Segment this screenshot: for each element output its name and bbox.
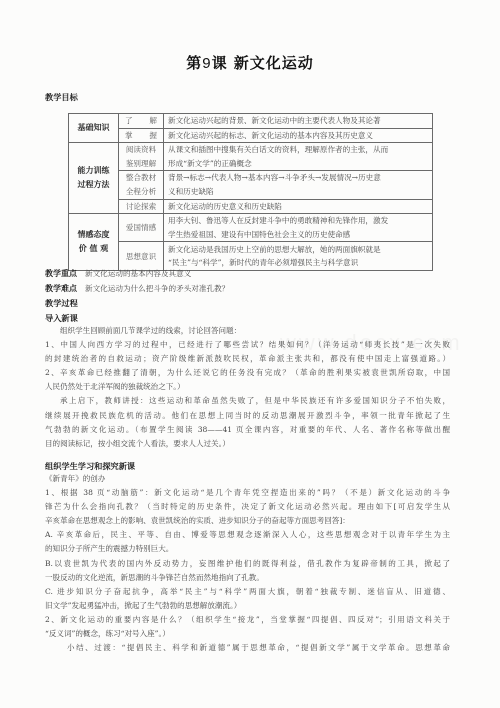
text-line: 2、辛亥革命已经推翻了清朝，为什么还说它的任务没有完成？（革命的胜利果实被袁世凯…: [45, 366, 450, 380]
desc-line: “民主”与“科学”，新时代的青年必须增强民主与科学意识: [168, 256, 428, 270]
explore-paragraphs: 《新青年》的创办 1、根据 38 页“动脑筋”：新文化运动“是几个青年凭空捏造出…: [45, 472, 450, 655]
section-heading-process: 教学过程: [45, 298, 78, 309]
desc-reading: 从课文和插图中搜集有关白话文的资料，理解原作者的主张，从而 形成“新文学”的正确…: [164, 143, 433, 171]
table-row: 基础知识 了 解 新文化运动兴起的背景、新文化运动中的主要代表人物及其论著: [69, 114, 433, 129]
desc-line: 背景→标志→代表人物→基本内容→斗争矛头→发展情况→历史意: [168, 171, 428, 185]
difficult-point: 教学难点新文化运动为什么把斗争的矛头对准孔教？: [45, 283, 229, 294]
lesson-number: 9: [202, 55, 211, 72]
watermark: www.docx.com: [280, 330, 463, 356]
desc-patriotism: 用李大钊、鲁迅等人在反封建斗争中的勇敢精神和先锋作用，激发 学生热爱祖国、建设有…: [164, 214, 433, 242]
category-basic-knowledge: 基础知识: [69, 114, 119, 143]
text-line: 气勃勃的新文化运动。（布置学生阅读 38——41 页全课内容，对重要的年代、人名…: [45, 423, 450, 437]
text-line: 一股反动的文化逆流，新思潮的斗争锋芒自然而然地指向了孔教。: [45, 571, 450, 585]
text-line: 辛亥革命在思想观念上的影响、袁世凯统治的实质、进步知识分子的奋起等方面思考回答]…: [45, 514, 450, 528]
text-line: 旧文学”发起勇猛冲击，掀起了生气勃勃的思想解放潮流。）: [45, 599, 450, 613]
category-line: 价 值 观: [73, 242, 114, 256]
section-heading-objectives: 教学目标: [45, 92, 78, 103]
key-point: 教学重点新文化运动的基本内容及其意义: [45, 268, 191, 279]
section-heading-intro: 导入新课: [45, 313, 78, 324]
sub-line: 鉴别理解: [121, 157, 161, 171]
desc-line: 学生热爱祖国、建设有中国特色社会主义的历史使命感: [168, 228, 428, 242]
desc-ideology: 新文化运动是我国历史上空前的思想大解放，她的两面旗帜就是 “民主”与“科学”，新…: [164, 242, 433, 271]
category-line: 能力训练: [73, 164, 114, 178]
text-line: 锋芒为什么会指向孔教？（当时特定的历史条件，决定了新文化运动必然兴起。理由如下[…: [45, 500, 450, 514]
sub-line: 全程分析: [121, 185, 161, 199]
desc-line: 形成“新文学”的正确概念: [168, 157, 428, 171]
table-row: 讨论探索 新文化运动的历史意义和历史缺陷: [69, 199, 433, 214]
category-ability-method: 能力训练 过程方法: [69, 143, 119, 214]
objectives-table: 基础知识 了 解 新文化运动兴起的背景、新文化运动中的主要代表人物及其论著 掌 …: [68, 113, 433, 271]
text-line: 《新青年》的创办: [45, 472, 450, 486]
key-point-text: 新文化运动的基本内容及其意义: [85, 269, 191, 278]
desc-line: 新文化运动是我国历史上空前的思想大解放，她的两面旗帜就是: [168, 243, 428, 257]
desc-discuss: 新文化运动的历史意义和历史缺陷: [164, 199, 433, 214]
table-row: 掌 握 新文化运动兴起的标志、新文化运动的基本内容及其历史意义: [69, 128, 433, 143]
table-row: 情感态度 价 值 观 爱国情感 用李大钊、鲁迅等人在反封建斗争中的勇敢精神和先锋…: [69, 214, 433, 242]
desc-understand: 新文化运动兴起的背景、新文化运动中的主要代表人物及其论著: [164, 114, 433, 129]
desc-master: 新文化运动兴起的标志、新文化运动的基本内容及其历史意义: [164, 128, 433, 143]
difficult-point-label: 教学难点: [45, 284, 77, 293]
lesson-title: 课 新文化运动: [212, 54, 314, 72]
key-point-label: 教学重点: [45, 269, 77, 278]
document-page: 第9课 新文化运动 教学目标 基础知识 了 解 新文化运动兴起的背景、新文化运动…: [0, 0, 500, 708]
sub-master: 掌 握: [119, 128, 164, 143]
text-line: 目的阅读标记，按小组交流个人看法，要求人人过关。）: [45, 437, 450, 451]
text-line: B.以袁世凯为代表的国内外反动势力，妄图维护他们的既得利益，借孔教作为复辟帝制的…: [45, 557, 450, 571]
category-emotion-values: 情感态度 价 值 观: [69, 214, 119, 271]
sub-discuss: 讨论探索: [119, 199, 164, 214]
difficult-point-text: 新文化运动为什么把斗争的矛头对准孔教？: [85, 284, 229, 293]
sub-line: 阅读资料: [121, 143, 161, 157]
desc-line: 义和历史缺陷: [168, 185, 428, 199]
category-line: 情感态度: [73, 228, 114, 242]
text-line: 2、新文化运动的重要内容是什么？（组织学生“接龙”，当堂掌握“四提倡、四反对”；…: [45, 613, 450, 627]
text-line: 1、根据 38 页“动脑筋”：新文化运动“是几个青年凭空捏造出来的”吗？（不是）…: [45, 486, 450, 500]
sub-reading: 阅读资料 鉴别理解: [119, 143, 164, 171]
section-heading-explore: 组织学生学习和探究新课: [45, 461, 135, 472]
title-prefix: 第: [186, 54, 202, 72]
sub-line: 整合教材: [121, 171, 161, 185]
text-line: C. 进步知识分子奋起抗争，高举“民主”与“科学”两面大旗，朝着“独裁专制、迷信…: [45, 585, 450, 599]
desc-line: 从课文和插图中搜集有关白话文的资料，理解原作者的主张，从而: [168, 143, 428, 157]
text-line: 人民仍然处于北洋军阀的独裁统治之下。）: [45, 380, 450, 394]
page-title: 第9课 新文化运动: [0, 52, 500, 73]
text-line: A. 辛亥革命后，民主、平等、自由、博爱等思想观念逐渐深入人心，这些思想观念对于…: [45, 528, 450, 542]
desc-integrate: 背景→标志→代表人物→基本内容→斗争矛头→发展情况→历史意 义和历史缺陷: [164, 171, 433, 199]
sub-patriotism: 爱国情感: [119, 214, 164, 242]
table-row: 能力训练 过程方法 阅读资料 鉴别理解 从课文和插图中搜集有关白话文的资料，理解…: [69, 143, 433, 171]
category-line: 过程方法: [73, 178, 114, 192]
sub-integrate: 整合教材 全程分析: [119, 171, 164, 199]
table-row: 整合教材 全程分析 背景→标志→代表人物→基本内容→斗争矛头→发展情况→历史意 …: [69, 171, 433, 199]
sub-ideology: 思想意识: [119, 242, 164, 271]
table-row: 思想意识 新文化运动是我国历史上空前的思想大解放，她的两面旗帜就是 “民主”与“…: [69, 242, 433, 271]
desc-line: 用李大钊、鲁迅等人在反封建斗争中的勇敢精神和先锋作用，激发: [168, 214, 428, 228]
text-line: 继续展开挽救民族危机的活动。他们在思想上同当时的反动思潮展开激烈斗争，率领一批青…: [45, 409, 450, 423]
sub-understand: 了 解: [119, 114, 164, 129]
text-line: 承上启下，教师讲授：这些运动和革命虽然失败了，但是中华民族还有许多爱国知识分子不…: [45, 394, 450, 408]
text-line: 的知识分子所产生的震撼力特别巨大。: [45, 542, 450, 556]
text-line: “反义词”的概念，练习“对号入座”。）: [45, 627, 450, 641]
text-line: 小结、过渡：“提倡民主、科学和新道德”属于思想革命，“提倡新文学”属于文学革命。…: [45, 641, 450, 655]
